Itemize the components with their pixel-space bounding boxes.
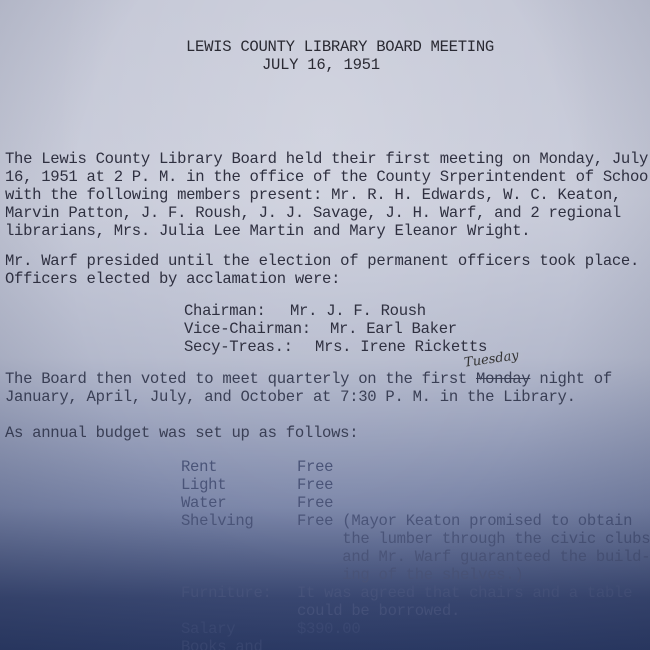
budget-item: Light [181,476,226,494]
paragraph-1-line: librarians, Mrs. Julia Lee Martin and Ma… [5,222,530,240]
paragraph-1-line: 16, 1951 at 2 P. M. in the office of the… [5,168,650,186]
officer-name: Mr. Earl Baker [330,320,457,338]
document-date: JULY 16, 1951 [262,56,380,74]
budget-value: Free (Mayor Keaton promised to obtain [297,512,632,530]
budget-item: Shelving [181,512,253,530]
paragraph-1-line: Marvin Patton, J. F. Roush, J. J. Savage… [5,204,621,222]
paragraph-3-line: The Board then voted to meet quarterly o… [5,370,612,388]
budget-value: Free [297,458,333,476]
officer-name: Mr. J. F. Roush [290,302,426,320]
budget-item: Books and [181,638,263,650]
text: The Board then voted to meet quarterly o… [5,370,476,388]
officer-role: Vice-Chairman: [184,320,311,338]
paragraph-1-line: with the following members present: Mr. … [5,186,621,204]
document-page: LEWIS COUNTY LIBRARY BOARD MEETING JULY … [0,0,650,650]
budget-value: the lumber through the civic clubs [297,530,650,548]
officer-role: Secy-Treas.: [184,338,293,356]
paragraph-2-line: Mr. Warf presided until the election of … [5,252,639,270]
budget-value: Free [297,494,333,512]
text: night of [530,370,612,388]
budget-value: and Mr. Warf guaranteed the build- [297,548,650,566]
budget-value: Free [297,476,333,494]
paragraph-3-line: January, April, July, and October at 7:3… [5,388,576,406]
budget-value: It was agreed that chairs and a table [297,584,632,602]
budget-intro: As annual budget was set up as follows: [5,424,358,442]
struck-word: Monday [476,370,530,388]
budget-item: Salary [181,620,235,638]
budget-item: Furniture: [181,584,272,602]
budget-value: could be borrowed. [297,602,460,620]
budget-item: Rent [181,458,217,476]
paragraph-2-line: Officers elected by acclamation were: [5,270,340,288]
budget-item: Water [181,494,226,512]
document-title: LEWIS COUNTY LIBRARY BOARD MEETING [186,38,494,56]
budget-value: $390.00 [297,620,360,638]
paragraph-1-line: The Lewis County Library Board held thei… [5,150,648,168]
officer-name: Mrs. Irene Ricketts [315,338,487,356]
budget-value: ing of the shelves.) [297,566,523,584]
officer-role: Chairman: [184,302,266,320]
